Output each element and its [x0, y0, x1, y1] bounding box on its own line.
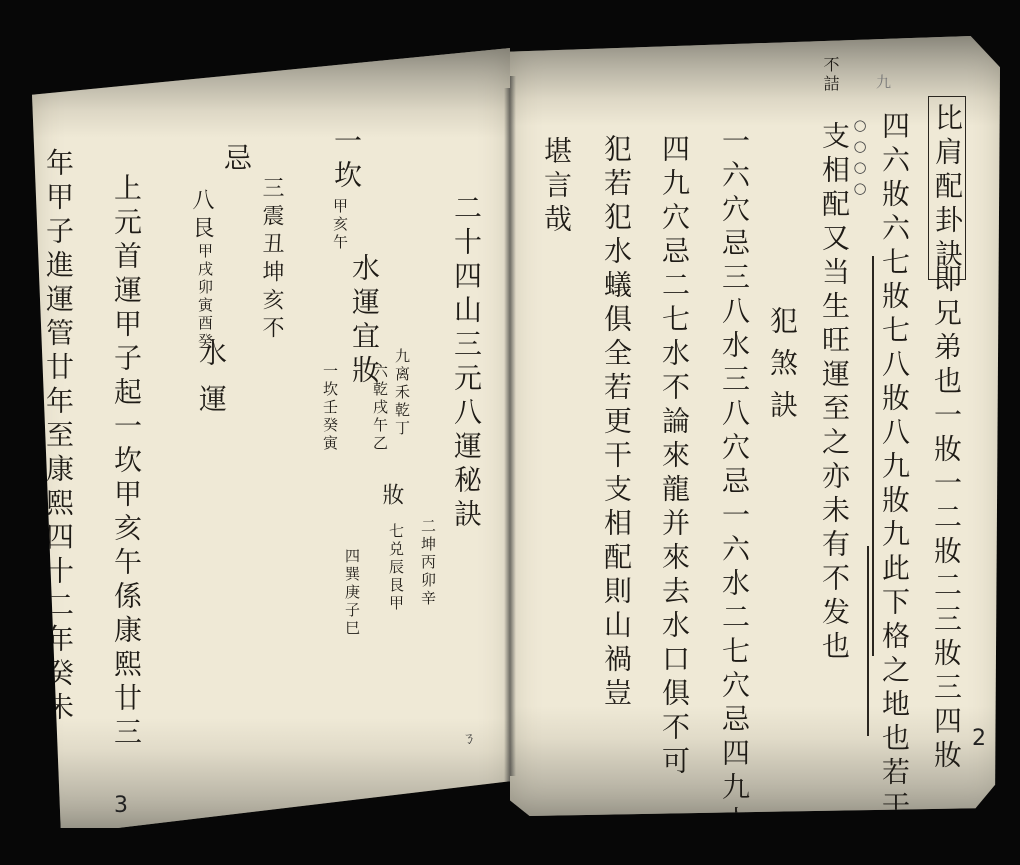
text-col-nian: 年甲子進運管廿年至康熙四十二年癸未 — [44, 148, 72, 726]
ji-tail: 水運 — [197, 338, 225, 430]
page-stain-top — [510, 36, 1000, 126]
left-page-number: 3 — [114, 793, 128, 818]
page-stain-bottom — [510, 706, 1000, 816]
kan-note-3: 一坎壬癸寅 — [322, 363, 337, 453]
ji-col-1: 三震丑坤亥不 — [260, 176, 282, 406]
kan-note-5: 七兑辰艮甲 — [388, 523, 403, 613]
corner-mark: 九 — [875, 74, 890, 92]
ji-col-2: 八艮 — [190, 188, 212, 244]
heading-fansha: 犯煞訣 — [768, 306, 796, 432]
kan-note-6: 四巽庚子巳 — [344, 548, 359, 638]
ji-heading: 忌 — [222, 143, 250, 177]
text-col-f: 犯若犯水蟻俱全若更干支相配則山禍豈 — [602, 134, 630, 712]
left-page: 二十四山三元八運秘訣 一坎 甲亥午 水運宜妝 九离禾乾丁 六乾戌午乙 一坎壬癸寅… — [32, 48, 510, 828]
left-page-title: 二十四山三元八運秘訣 — [452, 193, 480, 533]
text-col-c: 支相配又当生旺運至之亦未有不发也 — [820, 121, 848, 665]
right-page-number: 2 — [972, 726, 986, 751]
kan-heading: 一坎 — [332, 126, 360, 194]
kan-sub-note: 甲亥午 — [332, 198, 347, 252]
circle-marks: ○○○○ — [852, 116, 867, 200]
book-gutter-shadow — [510, 76, 516, 776]
text-col-e: 四九穴忌二七水不論來龍并來去水口俱不可 — [660, 134, 688, 780]
ji-col-2-small: 甲戌卯寅酉癸 — [197, 243, 212, 353]
text-col-a: 即兄弟也一妝一二妝二三妝三四妝 — [932, 264, 960, 774]
text-col-g: 堪言哉 — [542, 136, 570, 238]
text-col-shangyuan: 上元首運甲子起一坎甲亥午係康熙廿三 — [112, 173, 140, 751]
page-stain-top — [32, 48, 510, 138]
left-margin-mark: ㄋ — [462, 728, 476, 748]
text-col-d: 一六穴忌三八水三八穴忌一六水二七穴忌四九水 — [720, 126, 748, 840]
corner-note: 不詰 — [822, 56, 838, 94]
kan-sub-heading: 妝 — [380, 483, 402, 511]
page-stain-bottom — [32, 718, 510, 828]
section-title-bijian: 比肩配卦訣 — [928, 96, 966, 280]
kan-note-2: 六乾戌午乙 — [372, 363, 387, 453]
kan-note-4: 二坤丙卯辛 — [420, 518, 435, 608]
right-page: 不詰 九 比肩配卦訣 即兄弟也一妝一二妝二三妝三四妝 四六妝六七妝七八妝八九妝九… — [510, 36, 1000, 816]
bracket-line-c — [872, 256, 874, 656]
bracket-line-b — [867, 546, 869, 736]
book-gutter-shadow — [504, 88, 510, 788]
text-col-b: 四六妝六七妝七八妝八九妝九此下格之地也若干 — [880, 111, 908, 825]
kan-note-1: 九离禾乾丁 — [394, 348, 409, 438]
